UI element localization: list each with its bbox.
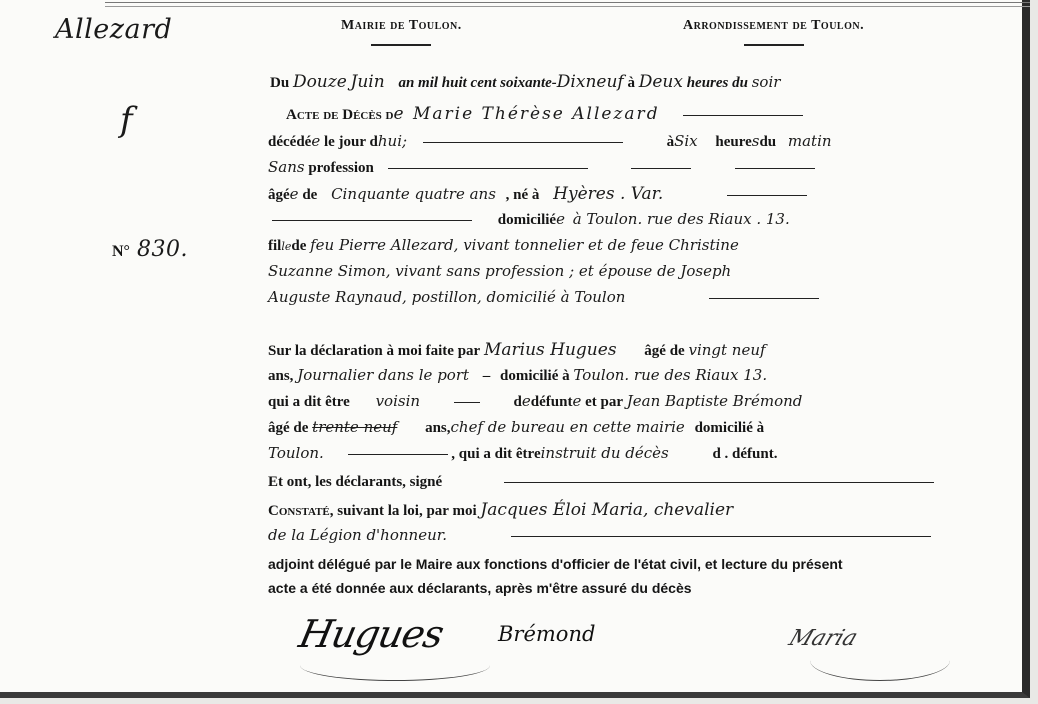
declarant2-name: Jean Baptiste Brémond [627, 392, 803, 410]
declarant2-residence: Toulon. [268, 444, 324, 462]
hour: Deux [639, 72, 683, 92]
deceased-profession: Sans [268, 158, 305, 176]
line-parents: fillede feu Pierre Allezard, vivant tonn… [268, 236, 1002, 262]
month: Juin [351, 72, 385, 92]
line-signed: Et ont, les déclarants, signé [268, 474, 1002, 500]
line-date: Du Douze Juin an mil huit cent soixante-… [268, 72, 1002, 98]
declarant1-residence: Toulon. rue des Riaux 13. [573, 366, 767, 384]
line-adjoint: adjoint délégué par le Maire aux fonctio… [268, 556, 1002, 582]
civil-record-page: Allezard f N° 830. Mairie de Toulon. Arr… [0, 0, 1030, 698]
signature-officer-flourish [810, 640, 950, 681]
deceased-residence: à Toulon. rue des Riaux . 13. [573, 210, 790, 228]
line-death-day: décédée le jour dhui; àSix heuresdu mati… [268, 132, 1002, 158]
parents-text-cont: Suzanne Simon, vivant sans profession ; … [268, 262, 731, 280]
line-declarant1: Sur la déclaration à moi faite par Mariu… [268, 340, 1002, 366]
line-residence: domiciliée à Toulon. rue des Riaux . 13. [268, 210, 1002, 236]
period: soir [752, 73, 781, 91]
line-declarant2: qui a dit être voisin dedéfunte et par J… [268, 392, 1002, 418]
spouse-text: Auguste Raynaud, postillon, domicilié à … [268, 288, 625, 306]
death-period: matin [788, 132, 832, 150]
day: Douze [293, 72, 347, 92]
line-declarant1-details: ans, Journalier dans le port – domicilié… [268, 366, 1002, 392]
declarant2-age: trente neuf [312, 418, 397, 436]
line-lecture: acte a été donnée aux déclarants, après … [268, 580, 1002, 606]
parents-text: feu Pierre Allezard, vivant tonnelier et… [310, 236, 739, 254]
line-profession: Sans profession [268, 158, 1002, 184]
signature-bremond: Brémond [498, 622, 595, 646]
line-parents-cont: Suzanne Simon, vivant sans profession ; … [268, 262, 1002, 288]
signature-flourish [300, 650, 490, 681]
deceased-age: Cinquante quatre ans [331, 185, 496, 203]
year-suffix: Dixneuf [557, 72, 624, 92]
declarant2-occupation: chef de bureau en cette mairie [451, 418, 685, 436]
record-body: Du Douze Juin an mil huit cent soixante-… [0, 0, 1030, 698]
line-spouse: Auguste Raynaud, postillon, domicilié à … [268, 288, 1002, 314]
death-hour: Six [674, 132, 698, 150]
officer-title: de la Légion d'honneur. [268, 526, 447, 544]
birthplace: Hyères . Var. [553, 184, 663, 204]
declarant1-relation: voisin [376, 392, 420, 410]
signature-hugues: Hugues [295, 612, 447, 656]
line-declarant2-residence: Toulon. , qui a dit êtreinstruit du décè… [268, 444, 1002, 470]
declarant2-relation: instruit du décès [541, 444, 669, 462]
line-acte: Acte de Décès de Marie Thérèse Allezard [268, 104, 1002, 130]
line-officer-cont: de la Légion d'honneur. [268, 526, 1002, 552]
declarant1-name: Marius Hugues [484, 340, 617, 360]
death-day: hui; [378, 132, 407, 150]
declarant1-age: vingt neuf [688, 341, 765, 359]
officer-name: Jacques Éloi Maria, chevalier [480, 500, 733, 520]
line-declarant2-details: âgé de trente neuf ans,chef de bureau en… [268, 418, 1002, 444]
line-age: âgée de Cinquante quatre ans , né à Hyèr… [268, 184, 1002, 210]
deceased-name: e Marie Thérèse Allezard [394, 104, 660, 124]
declarant1-occupation: Journalier dans le port [297, 366, 469, 384]
line-constate: Constaté, suivant la loi, par moi Jacque… [268, 500, 1002, 526]
